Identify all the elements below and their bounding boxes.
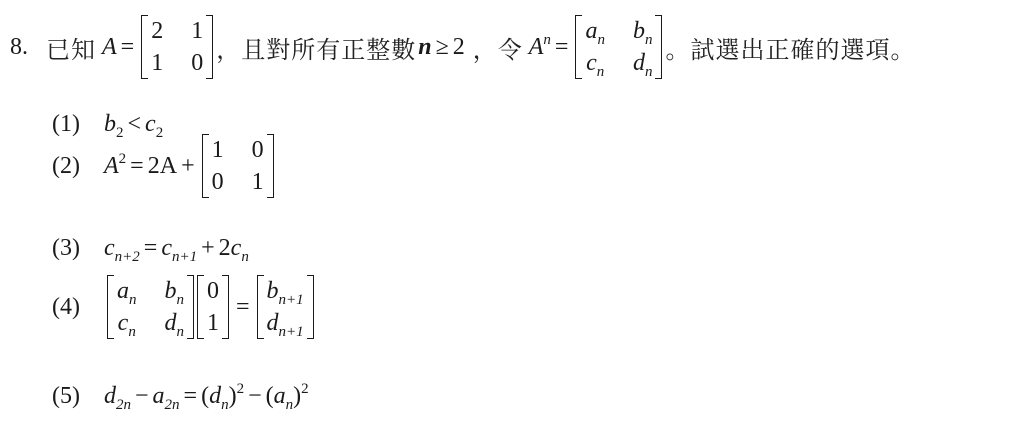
matrix-a-cell: 1 [151, 49, 163, 77]
matrix-an: an bn cn dn [575, 15, 662, 79]
matrix-an-cell: cn [586, 49, 604, 77]
matrix-an-cell: dn [633, 49, 653, 77]
d-2n: d2n [104, 383, 131, 410]
option-4: (4) an bn cn dn 0 1 = bn+1 dn+1 [52, 275, 317, 339]
matrix-an-cell: an [117, 277, 137, 305]
identity-cell: 0 [212, 168, 224, 196]
equals-sign: = [121, 34, 135, 61]
column-vector: 0 1 [197, 275, 229, 339]
equals-sign: = [236, 294, 250, 321]
vector-cell: 0 [207, 277, 219, 305]
two-value: 2 [453, 34, 465, 61]
matrix-an-cell: bn [165, 277, 185, 305]
a-n-squared: (an)2 [266, 383, 309, 410]
matrix-a: 2 1 1 0 [141, 15, 213, 79]
minus-sign: − [135, 383, 149, 410]
c-n-plus-2: cn+2 [104, 235, 140, 262]
less-than-sign: < [128, 111, 142, 138]
equals-sign: = [130, 153, 144, 180]
matrix-an-cell: an [585, 17, 605, 45]
matrix-name: A [102, 34, 117, 61]
option-1: (1) b2 < c2 [52, 108, 163, 140]
matrix-an: an bn cn dn [107, 275, 194, 339]
result-cell: dn+1 [267, 309, 304, 337]
d-n-squared: (dn)2 [201, 383, 244, 410]
coefficient-2a: 2A [148, 153, 177, 180]
geq-sign: ≥ [436, 34, 449, 61]
power-exponent: n [543, 32, 551, 48]
matrix-an-cell: bn [633, 17, 653, 45]
option-label: (3) [52, 235, 104, 262]
option-5: (5) d2n − a2n = (dn)2 − (an)2 [52, 380, 309, 412]
question-stem: 8. 已知 A = 2 1 1 0 ，且對所有正整數 n ≥ 2 ，令 An =… [10, 18, 915, 76]
c-n-plus-1: cn+1 [161, 235, 197, 262]
result-vector: bn+1 dn+1 [257, 275, 314, 339]
option-label: (5) [52, 383, 104, 410]
identity-matrix: 1 0 0 1 [202, 134, 274, 198]
option-label: (2) [52, 153, 104, 180]
matrix-a-cell: 2 [151, 17, 163, 45]
option-label: (1) [52, 111, 104, 138]
question-suffix: 。試選出正確的選項。 [665, 30, 915, 65]
b-term: b2 [104, 111, 124, 138]
equals-sign: = [144, 235, 158, 262]
identity-cell: 1 [252, 168, 264, 196]
identity-cell: 0 [252, 136, 264, 164]
option-label: (4) [52, 294, 104, 321]
plus-sign: + [181, 153, 195, 180]
equals-sign: = [555, 34, 569, 61]
a-squared: A2 [104, 153, 126, 180]
question-prefix: 已知 [46, 30, 96, 65]
question-number: 8. [10, 34, 28, 61]
option-2: (2) A2 = 2A + 1 0 0 1 [52, 140, 277, 192]
question-middle-text: ，且對所有正整數 [216, 30, 416, 65]
plus-sign: + [201, 235, 215, 262]
a-2n: a2n [153, 383, 180, 410]
result-cell: bn+1 [267, 277, 304, 305]
power-base-letter: A [529, 34, 544, 60]
vector-cell: 1 [207, 309, 219, 337]
matrix-a-cell: 1 [191, 17, 203, 45]
equals-sign: = [184, 383, 198, 410]
matrix-a-cell: 0 [191, 49, 203, 77]
minus-sign: − [248, 383, 262, 410]
question-comma-text: ，令 [473, 30, 523, 65]
c-n: cn [231, 235, 249, 262]
matrix-an-cell: dn [165, 309, 185, 337]
power-base: An [529, 34, 551, 61]
identity-cell: 1 [212, 136, 224, 164]
n-variable: n [418, 34, 431, 61]
c-term: c2 [145, 111, 163, 138]
matrix-an-cell: cn [118, 309, 136, 337]
coefficient-2: 2 [219, 235, 231, 262]
option-3: (3) cn+2 = cn+1 + 2 cn [52, 232, 249, 264]
